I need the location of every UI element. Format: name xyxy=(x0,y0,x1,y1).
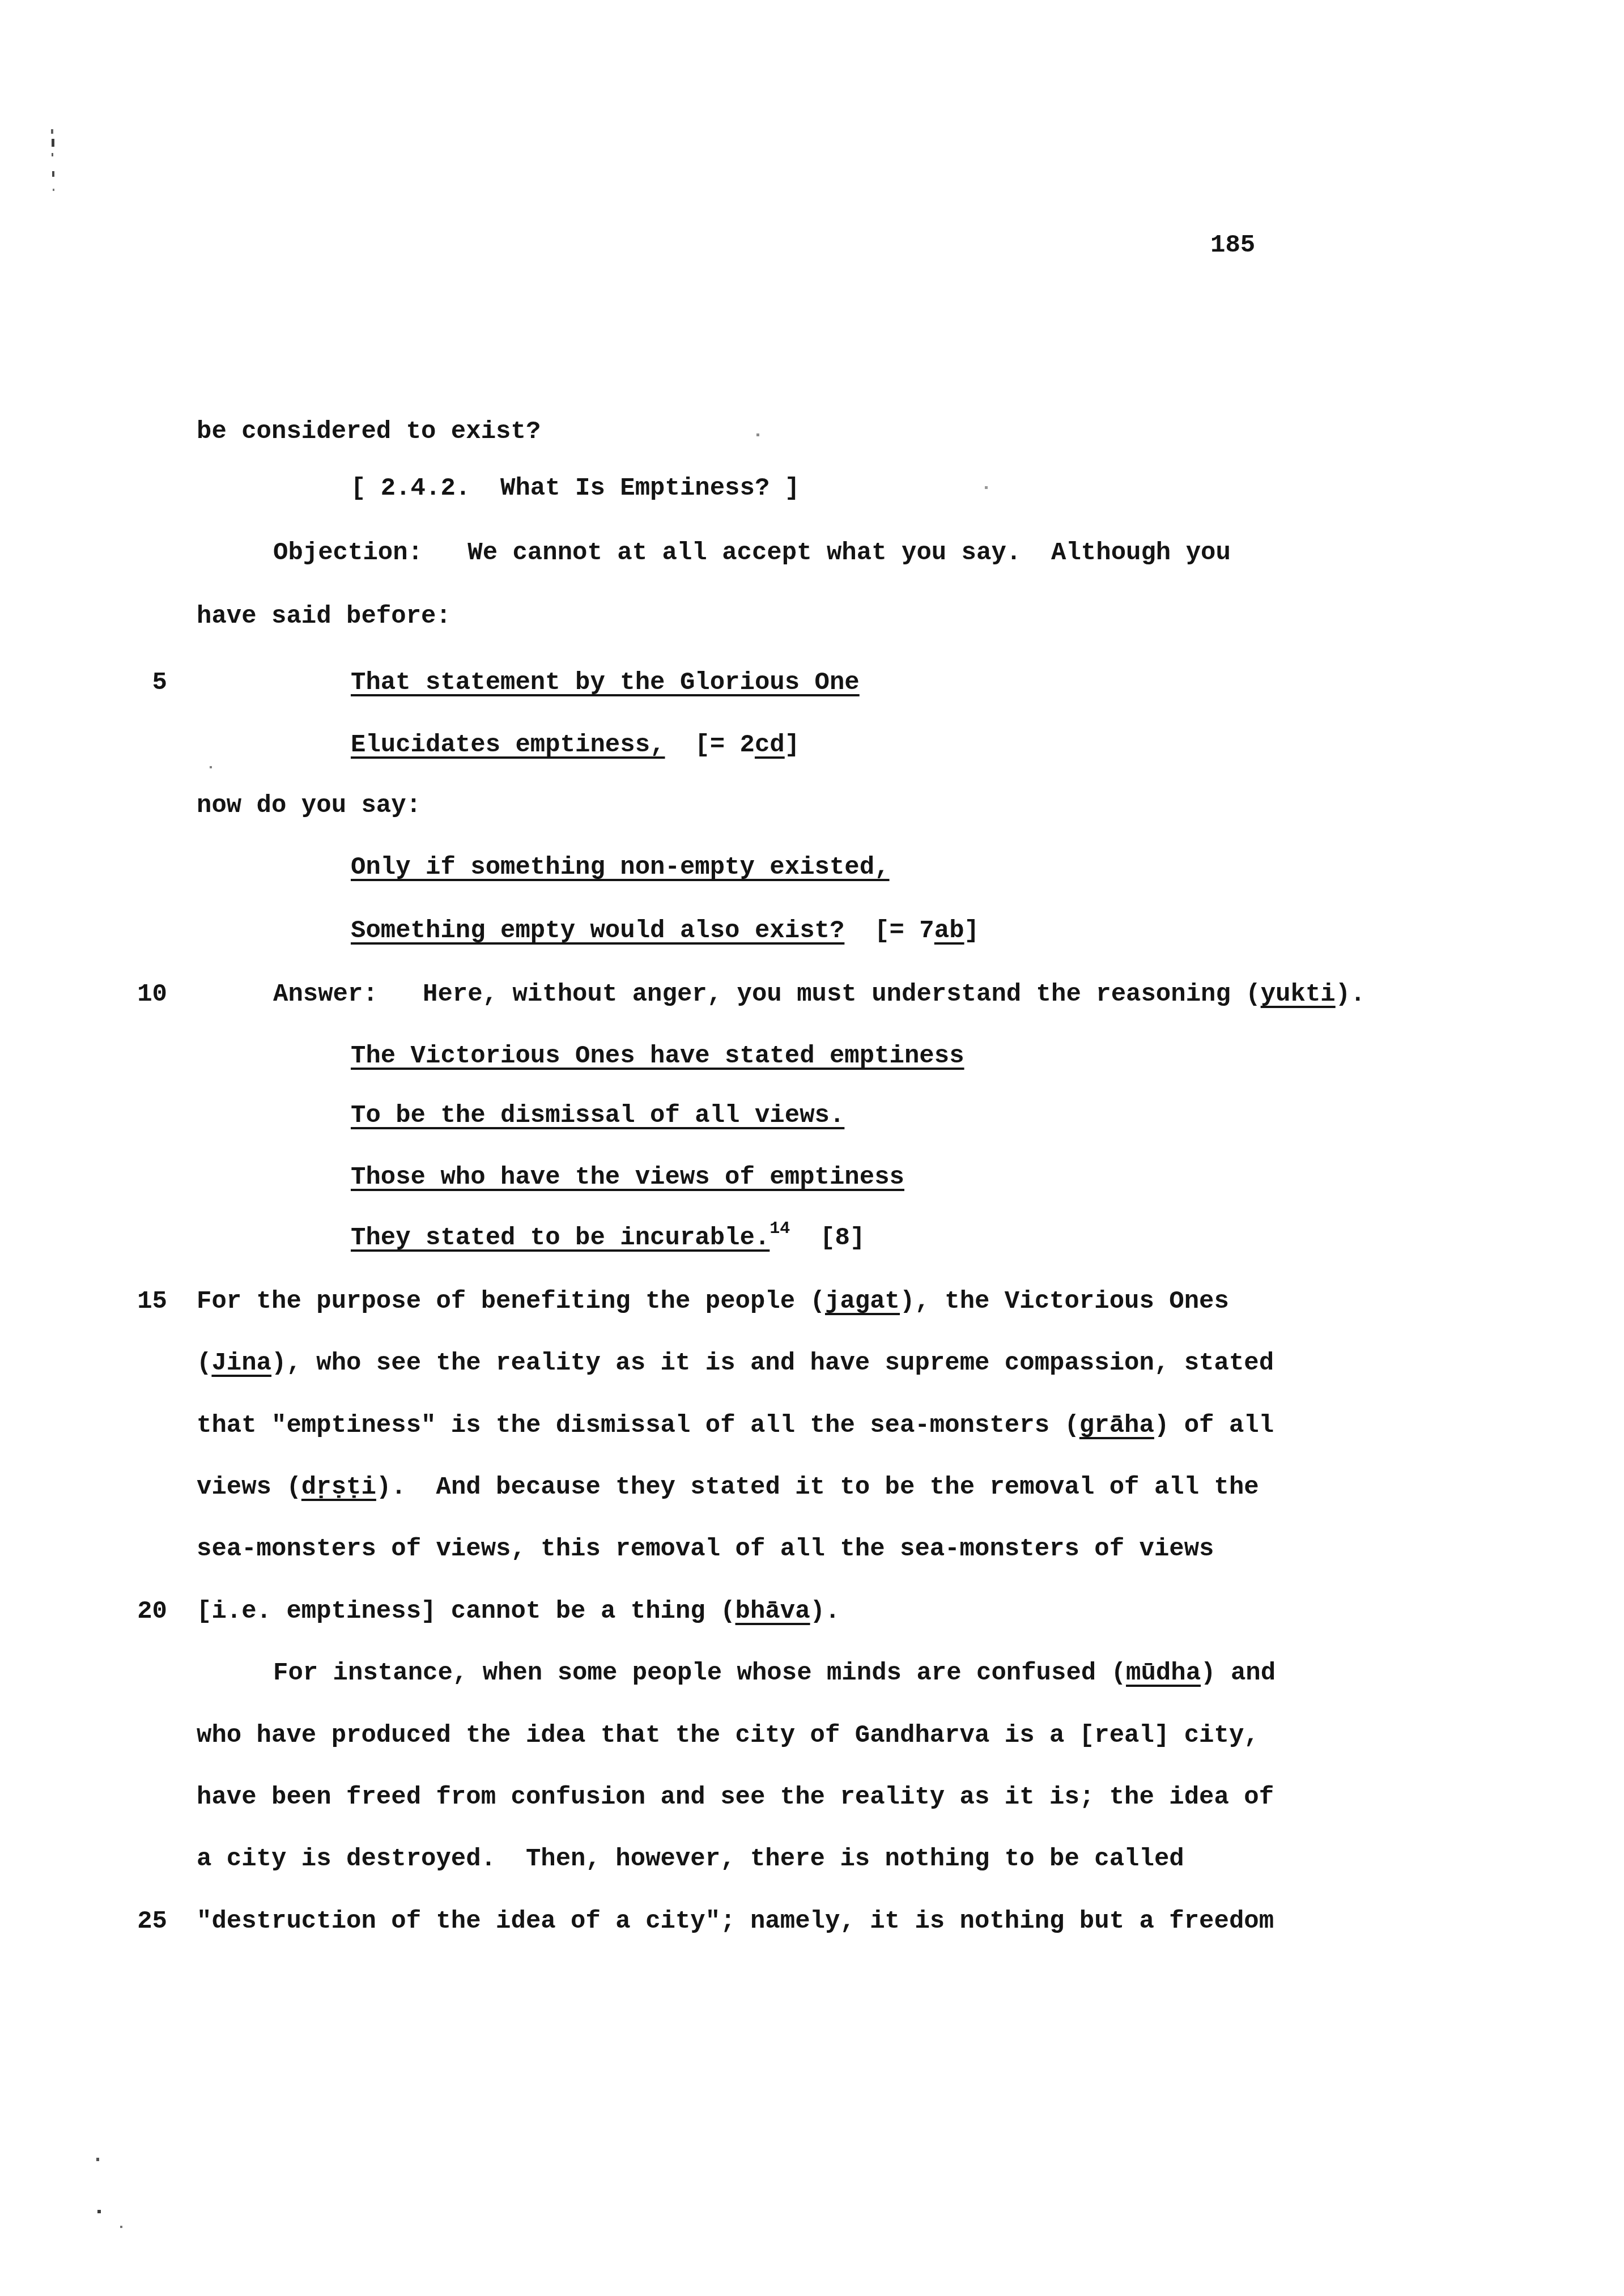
line-text: [ 2.4.2. What Is Emptiness? ] xyxy=(351,472,800,505)
text-segment: ), the Victorious Ones xyxy=(900,1287,1229,1316)
text-segment: who have produced the idea that the city… xyxy=(197,1721,1259,1750)
underlined-text: mūdha xyxy=(1126,1659,1201,1687)
text-segment: [= 2 xyxy=(665,731,755,759)
line-text: a city is destroyed. Then, however, ther… xyxy=(197,1843,1184,1876)
underlined-text: grāha xyxy=(1079,1411,1154,1440)
underlined-text: That statement by the Glorious One xyxy=(351,669,860,697)
text-segment: For instance, when some people whose min… xyxy=(273,1659,1126,1687)
line-text: be considered to exist? xyxy=(197,415,541,448)
scan-speck xyxy=(756,433,759,436)
text-segment: ). xyxy=(1336,980,1366,1009)
scan-speck xyxy=(52,139,54,147)
scan-speck xyxy=(53,189,54,191)
line-text: Only if something non-empty existed, xyxy=(351,851,890,884)
text-segment: have said before: xyxy=(197,602,451,631)
scan-speck xyxy=(52,171,54,177)
margin-line-number: 25 xyxy=(102,1905,167,1938)
text-segment: [8] xyxy=(790,1224,865,1252)
underlined-text: Those who have the views of emptiness xyxy=(351,1163,904,1192)
footnote-reference: 14 xyxy=(770,1219,790,1239)
line-text: that "emptiness" is the dismissal of all… xyxy=(197,1409,1274,1442)
margin-line-number: 10 xyxy=(102,978,167,1011)
text-segment: sea-monsters of views, this removal of a… xyxy=(197,1535,1214,1563)
scan-speck xyxy=(52,153,53,156)
margin-line-number: 20 xyxy=(102,1595,167,1628)
underlined-text: Elucidates emptiness, xyxy=(351,731,665,759)
text-segment: For the purpose of benefiting the people… xyxy=(197,1287,825,1316)
margin-line-number: 5 xyxy=(102,666,167,699)
text-segment: [= 7 xyxy=(844,917,934,945)
line-text: views (dṛṣṭi). And because they stated i… xyxy=(197,1471,1259,1504)
line-text: Something empty would also exist? [= 7ab… xyxy=(351,915,979,947)
text-segment: ] xyxy=(785,731,800,759)
underlined-text: ab xyxy=(934,917,964,945)
underlined-text: To be the dismissal of all views. xyxy=(351,1102,844,1130)
line-text: Answer: Here, without anger, you must un… xyxy=(273,978,1366,1011)
margin-line-number: 15 xyxy=(102,1285,167,1318)
underlined-text: Something empty would also exist? xyxy=(351,917,844,945)
line-text: now do you say: xyxy=(197,789,421,822)
line-text: who have produced the idea that the city… xyxy=(197,1719,1259,1752)
text-segment: Objection: We cannot at all accept what … xyxy=(273,539,1231,567)
text-segment: ). And because they stated it to be the … xyxy=(376,1473,1259,1502)
line-text: (Jina), who see the reality as it is and… xyxy=(197,1347,1274,1380)
line-text: For instance, when some people whose min… xyxy=(273,1657,1276,1690)
text-segment: ), who see the reality as it is and have… xyxy=(271,1349,1274,1377)
line-text: The Victorious Ones have stated emptines… xyxy=(351,1040,964,1073)
text-segment: ( xyxy=(197,1349,211,1377)
text-segment: views ( xyxy=(197,1473,301,1502)
line-text: Elucidates emptiness, [= 2cd] xyxy=(351,729,800,762)
underlined-text: dṛṣṭi xyxy=(301,1473,376,1502)
line-text: "destruction of the idea of a city"; nam… xyxy=(197,1905,1274,1938)
line-text: Objection: We cannot at all accept what … xyxy=(273,537,1231,569)
page-number: 185 xyxy=(1210,231,1255,260)
scan-speck xyxy=(985,486,988,489)
text-segment: have been freed from confusion and see t… xyxy=(197,1783,1274,1812)
underlined-text: yukti xyxy=(1261,980,1336,1009)
line-text: [i.e. emptiness] cannot be a thing (bhāv… xyxy=(197,1595,840,1628)
scan-speck xyxy=(51,129,53,134)
line-text: For the purpose of benefiting the people… xyxy=(197,1285,1229,1318)
text-segment: ) of all xyxy=(1154,1411,1274,1440)
text-segment: ). xyxy=(810,1597,840,1626)
document-page: 185 be considered to exist?[ 2.4.2. What… xyxy=(0,0,1624,2296)
line-text: That statement by the Glorious One xyxy=(351,666,860,699)
line-text: They stated to be incurable.14 [8] xyxy=(351,1222,865,1257)
line-text: To be the dismissal of all views. xyxy=(351,1099,844,1132)
line-text: Those who have the views of emptiness xyxy=(351,1161,904,1194)
text-segment: "destruction of the idea of a city"; nam… xyxy=(197,1907,1274,1936)
underlined-text: They stated to be incurable. xyxy=(351,1224,770,1252)
underlined-text: bhāva xyxy=(736,1597,810,1626)
text-segment: be considered to exist? xyxy=(197,418,541,446)
line-text: have said before: xyxy=(197,600,451,633)
line-text: have been freed from confusion and see t… xyxy=(197,1781,1274,1814)
text-segment: Answer: Here, without anger, you must un… xyxy=(273,980,1261,1009)
text-segment: [ 2.4.2. What Is Emptiness? ] xyxy=(351,474,800,503)
line-text: sea-monsters of views, this removal of a… xyxy=(197,1533,1214,1566)
underlined-text: Jina xyxy=(211,1349,271,1377)
scan-speck xyxy=(96,2158,99,2161)
text-segment: that "emptiness" is the dismissal of all… xyxy=(197,1411,1079,1440)
scan-speck xyxy=(97,2210,101,2213)
underlined-text: The Victorious Ones have stated emptines… xyxy=(351,1042,964,1070)
underlined-text: Only if something non-empty existed, xyxy=(351,853,890,882)
text-segment: [i.e. emptiness] cannot be a thing ( xyxy=(197,1597,736,1626)
text-segment: a city is destroyed. Then, however, ther… xyxy=(197,1845,1184,1873)
text-segment: ) and xyxy=(1201,1659,1276,1687)
scan-speck xyxy=(120,2226,122,2228)
underlined-text: jagat xyxy=(825,1287,900,1316)
scan-speck xyxy=(210,766,212,768)
text-segment: now do you say: xyxy=(197,792,421,820)
text-segment: ] xyxy=(964,917,979,945)
underlined-text: cd xyxy=(755,731,785,759)
